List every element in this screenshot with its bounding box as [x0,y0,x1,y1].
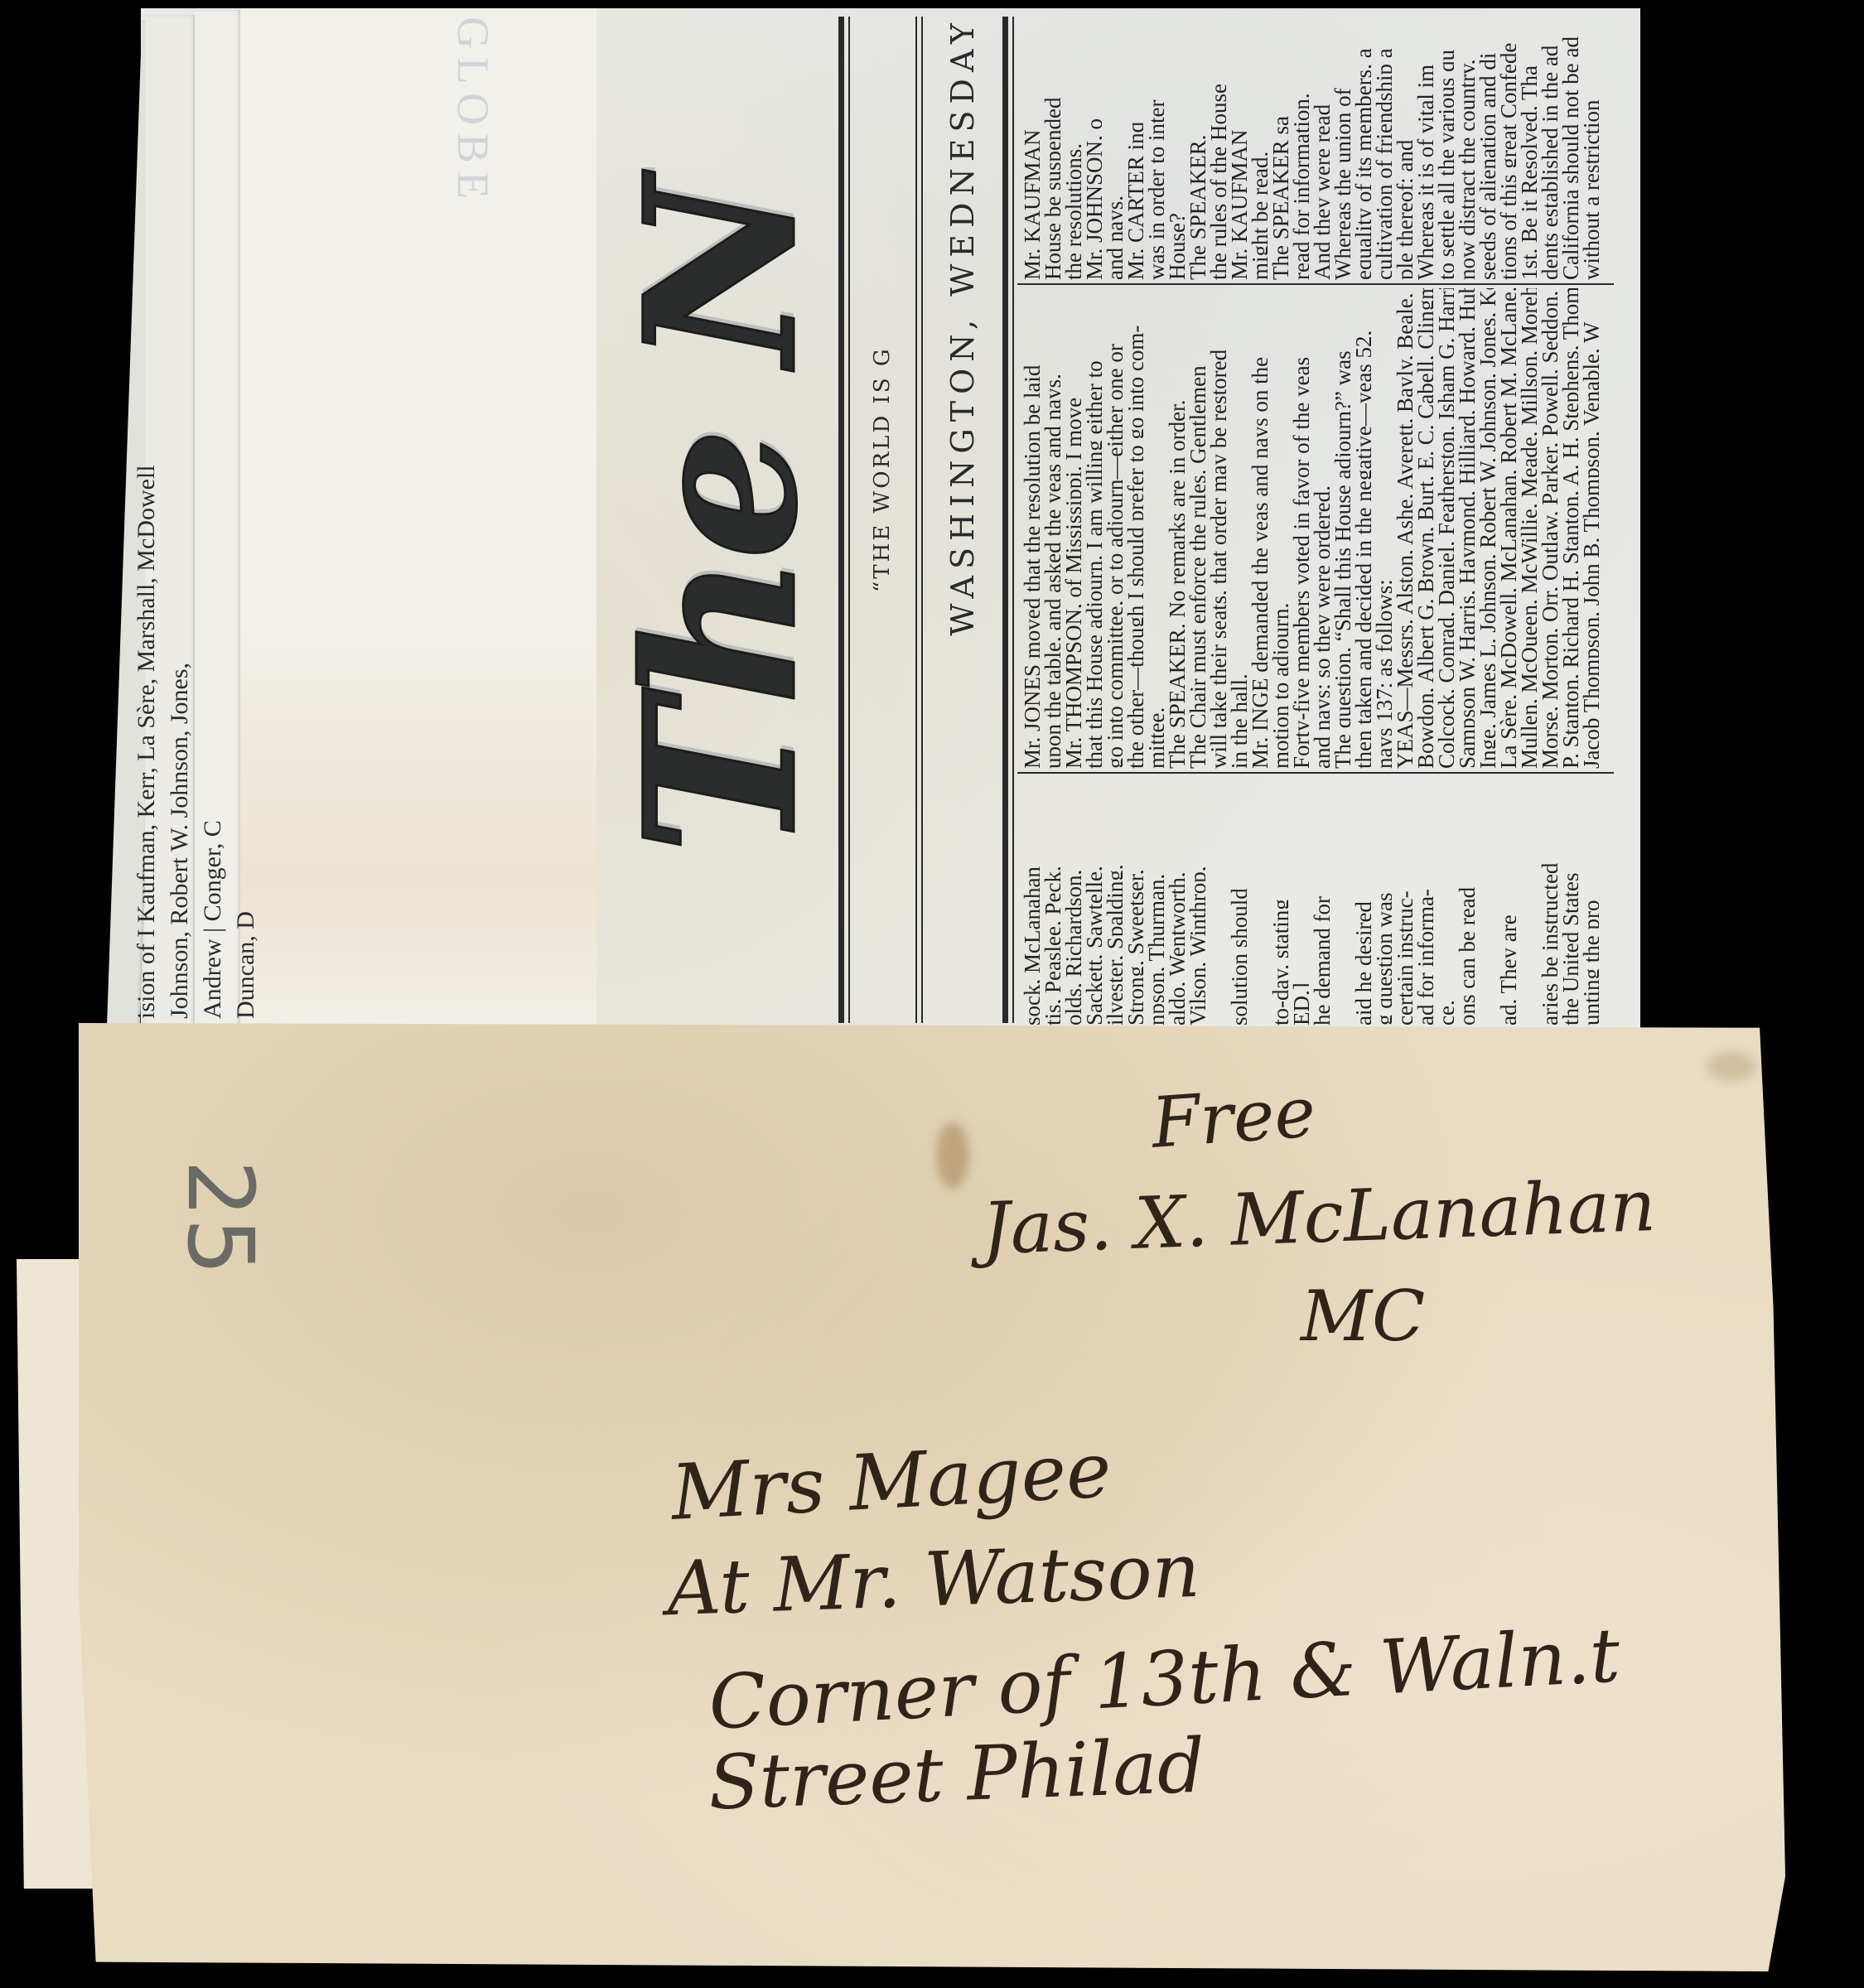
article-line: cultivation of friendship a [1371,17,1392,280]
article-line: aldo, Wentworth, [1164,777,1185,1025]
article-line: Sackett, Sawtelle, [1081,777,1102,1025]
article-line: The question, “Shall this House adjourn?… [1330,288,1350,769]
article-line: Mr. THOMPSON, of Mississippi. I move [1060,288,1081,769]
article-line: he demand for [1309,777,1330,1025]
pencil-rate-notation: 25 [167,1160,273,1276]
article-line: Mr. JOHNSON, o [1081,17,1102,280]
article-line: La Sère, McDowell, McLanahan, Robert M. … [1495,288,1516,769]
article-line: motion to adjourn. [1268,288,1288,769]
article-line: equality of its members, a [1350,17,1371,280]
article-line: Mr. JONES moved that the resolution be l… [1019,288,1040,769]
article-line: certain instruc- [1392,777,1412,1025]
newspaper-blank-margin [240,8,596,1035]
article-line: Forty-five members voted in favor of the… [1288,288,1309,769]
article-line: solution should [1226,777,1247,1025]
article-line: The SPEAKER. No remarks are in order. [1164,288,1185,769]
article-line: The SPEAKER sa [1268,17,1288,280]
article-line [1516,777,1537,1025]
article-line: Strong, Sweetser, [1123,777,1143,1025]
address-line-care-of: At Mr. Watson [665,1527,1201,1633]
article-line: the United States [1557,777,1578,1025]
article-line: Inge, James L. Johnson, Robert W. Johnso… [1475,288,1495,769]
article-line: g question was [1371,777,1392,1025]
article-line: ilvester, Spalding, [1102,777,1123,1025]
folded-line: Johnson, Robert W. Johnson, Jones, [166,389,194,1019]
article-line [1330,777,1350,1025]
article-line: will take their seats, that order may be… [1205,288,1226,769]
article-column-kaufman: Mr. KAUFMANHouse be suspendedthe resolut… [1019,17,1615,280]
dateline-rule [915,17,917,1023]
article-line: the rules of the House [1205,17,1226,280]
article-line: tis, Peaslee, Peck, [1040,777,1060,1025]
article-line: Whereas it is of vital im [1412,17,1433,280]
article-line: ple thereof; and [1392,17,1412,280]
article-line: in the hall. [1226,288,1247,769]
masthead-rule [848,17,850,1023]
article-line: then taken and decided in the negative—y… [1350,288,1371,769]
article-line: aries be instructed [1537,777,1557,1025]
article-line: to settle all the various qu [1433,17,1454,280]
article-line: Whereas the union of [1330,17,1350,280]
article-line: now distract the country, [1454,17,1475,280]
article-line: without a restriction [1578,17,1599,280]
article-line: California should not be ad [1557,17,1578,280]
frank-free: Free [1149,1071,1318,1164]
article-line [1475,777,1495,1025]
article-line: dents established in the ad [1537,17,1557,280]
section-rule [1017,283,1614,285]
article-line: olds, Richardson, [1060,777,1081,1025]
article-line: Vilson, Winthrop, [1185,777,1205,1025]
article-line: House? [1164,17,1185,280]
article-line: Mr. CARTER inq [1123,17,1143,280]
column-rule [1012,17,1014,1023]
masthead-rule [838,17,844,1023]
ink-stain [936,1122,969,1189]
article-line: Mr. INGE demanded the yeas and nays on t… [1247,288,1268,769]
article-line: ad. They are [1495,777,1516,1025]
article-line: Mr. KAUFMAN [1226,17,1247,280]
article-line: seeds of alienation and di [1475,17,1495,280]
article-line: ons can be read [1454,777,1475,1025]
article-line: mittee. [1143,288,1164,769]
folded-line: Duncan, D [232,389,260,1019]
article-line [1205,777,1226,1025]
show-through-title: GLOBE [447,17,499,207]
dateline: WASHINGTON, WEDNESDAY [944,17,981,596]
article-line: YEAS—Messrs. Alston, Ashe, Averett, Bayl… [1392,288,1412,769]
article-line: ce. [1433,777,1454,1025]
article-column-jones: Mr. JONES moved that the resolution be l… [1019,288,1615,769]
article-line: upon the table, and asked the yeas and n… [1040,288,1060,769]
article-column-names: sock, McLanahantis, Peaslee, Peck,olds, … [1019,777,1615,1025]
article-line: sock, McLanahan [1019,777,1040,1025]
article-line: P. Stanton, Richard H. Stanton, A. H. St… [1557,288,1578,769]
ink-stain [1707,1052,1756,1081]
dateline-text: WASHINGTON, WEDNESDAY [944,17,981,636]
article-line: to-day, stating [1268,777,1288,1025]
article-line: The SPEAKER. [1185,17,1205,280]
article-line: unting the pro [1578,777,1599,1025]
article-line: go into committee, or to adjourn—either … [1102,288,1123,769]
article-line: and nays. [1102,17,1123,280]
column-rule [1002,17,1008,1023]
masthead: The N [596,17,845,1019]
article-line: might be read. [1247,17,1268,280]
article-line: tions of this great Confede [1495,17,1516,280]
article-line: And they were read [1309,17,1330,280]
article-line [1247,777,1268,1025]
dateline-rule [921,17,923,1023]
article-line: was in order to inter [1143,17,1164,280]
article-line: Sampson W. Harris, Haymond, Hilliard, Ho… [1454,288,1475,769]
article-line: ED.] [1288,777,1309,1025]
article-line: The Chair must enforce the rules. Gentle… [1185,288,1205,769]
folded-names-columns: ision of I Kaufman, Kerr, La Sère, Marsh… [133,389,260,1019]
section-rule [1017,772,1614,774]
folded-line: ision of I Kaufman, Kerr, La Sère, Marsh… [133,389,161,1019]
article-line: House be suspended [1040,17,1060,280]
article-line: nays 137; as follows: [1371,288,1392,769]
folded-line: Andrew | Conger, C [199,389,227,1019]
masthead-title: The N [599,181,843,854]
article-line: ad for informa- [1412,777,1433,1025]
article-line: npson, Thurman, [1143,777,1164,1025]
article-line: Morse, Morton, Orr, Outlaw, Parker, Powe… [1537,288,1557,769]
motto: “THE WORLD IS G [870,12,895,592]
article-line: aid he desired [1350,777,1371,1025]
article-line: and nays; so they were ordered. [1309,288,1330,769]
article-line: 1st. Be it Resolved, Tha [1516,17,1537,280]
frank-mc: MC [1301,1276,1425,1357]
article-line: Jacob Thompson, John B. Thompson, Venabl… [1578,288,1599,769]
article-line: read for information. [1288,17,1309,280]
article-line: the other—though I should prefer to go i… [1123,288,1143,769]
article-line: Mullen, McQueen, McWillie, Meade, Millso… [1516,288,1537,769]
article-line: that this House adjourn. I am willing ei… [1081,288,1102,769]
article-line: Colcock, Conrad, Daniel, Featherston, Is… [1433,288,1454,769]
address-line-city: Street Philad [707,1723,1206,1827]
article-line: Bowdon, Albert G. Brown, Burt, E. C. Cab… [1412,288,1433,769]
article-line: the resolutions. [1060,17,1081,280]
article-line: Mr. KAUFMAN [1019,17,1040,280]
